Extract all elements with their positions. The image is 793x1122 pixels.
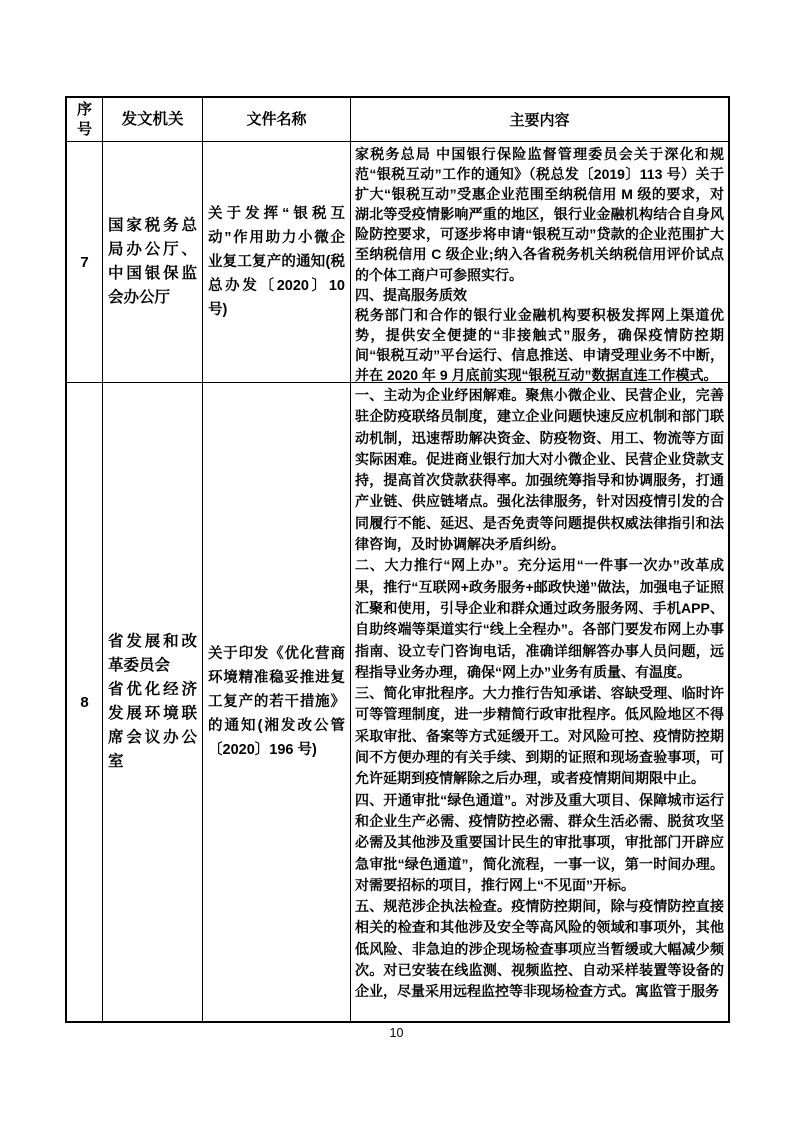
header-doc-name: 文件名称 [203,98,351,141]
agency-text: 国家税务总局办公厅、中国银保监会办公厅 [103,214,202,310]
header-agency: 发文机关 [103,98,203,141]
doc-name-text: 关于印发《优化营商环境精准稳妥推进复工复产的若干措施》的通知(湘发改公管〔202… [203,642,350,762]
header-seq: 序 号 [67,98,103,141]
agency-cell: 国家税务总局办公厅、中国银保监会办公厅 [103,142,203,382]
document-page: 序 号 发文机关 文件名称 主要内容 7 国家税务总局办公厅、中国银保监会办公厅… [0,0,793,1122]
doc-name-cell: 关于印发《优化营商环境精准稳妥推进复工复产的若干措施》的通知(湘发改公管〔202… [203,383,351,1021]
header-seq-label: 序 号 [77,100,92,140]
content-cell: 一、主动为企业纾困解难。聚焦小微企业、民营企业，完善驻企防疫联络员制度，建立企业… [351,383,728,1021]
header-content: 主要内容 [351,98,728,141]
content-text: 一、主动为企业纾困解难。聚焦小微企业、民营企业，完善驻企防疫联络员制度，建立企业… [351,383,728,1003]
doc-name-text: 关于发挥“银税互动”作用助力小微企业复工复产的通知(税总办发〔2020〕10 号… [203,202,350,322]
page-number: 10 [0,1026,793,1040]
content-cell: 家税务总局 中国银行保险监督管理委员会关于深化和规范“银税互动”工作的通知》（税… [351,142,728,382]
content-text: 家税务总局 中国银行保险监督管理委员会关于深化和规范“银税互动”工作的通知》（税… [351,142,728,382]
row-number: 7 [80,254,88,271]
header-doc-name-label: 文件名称 [203,108,350,132]
agency-text: 省发展和改革委员会 省优化经济发展环境联席会议办公室 [103,630,202,774]
agency-cell: 省发展和改革委员会 省优化经济发展环境联席会议办公室 [103,383,203,1021]
doc-name-cell: 关于发挥“银税互动”作用助力小微企业复工复产的通知(税总办发〔2020〕10 号… [203,142,351,382]
document-table: 序 号 发文机关 文件名称 主要内容 7 国家税务总局办公厅、中国银保监会办公厅… [65,96,730,1023]
table-header-row: 序 号 发文机关 文件名称 主要内容 [67,98,728,142]
row-number-cell: 7 [67,142,103,382]
table-row: 7 国家税务总局办公厅、中国银保监会办公厅 关于发挥“银税互动”作用助力小微企业… [67,142,728,383]
header-content-label: 主要内容 [509,109,569,130]
row-number: 8 [80,694,88,711]
header-agency-label: 发文机关 [103,108,202,132]
row-number-cell: 8 [67,383,103,1021]
table-row: 8 省发展和改革委员会 省优化经济发展环境联席会议办公室 关于印发《优化营商环境… [67,383,728,1021]
